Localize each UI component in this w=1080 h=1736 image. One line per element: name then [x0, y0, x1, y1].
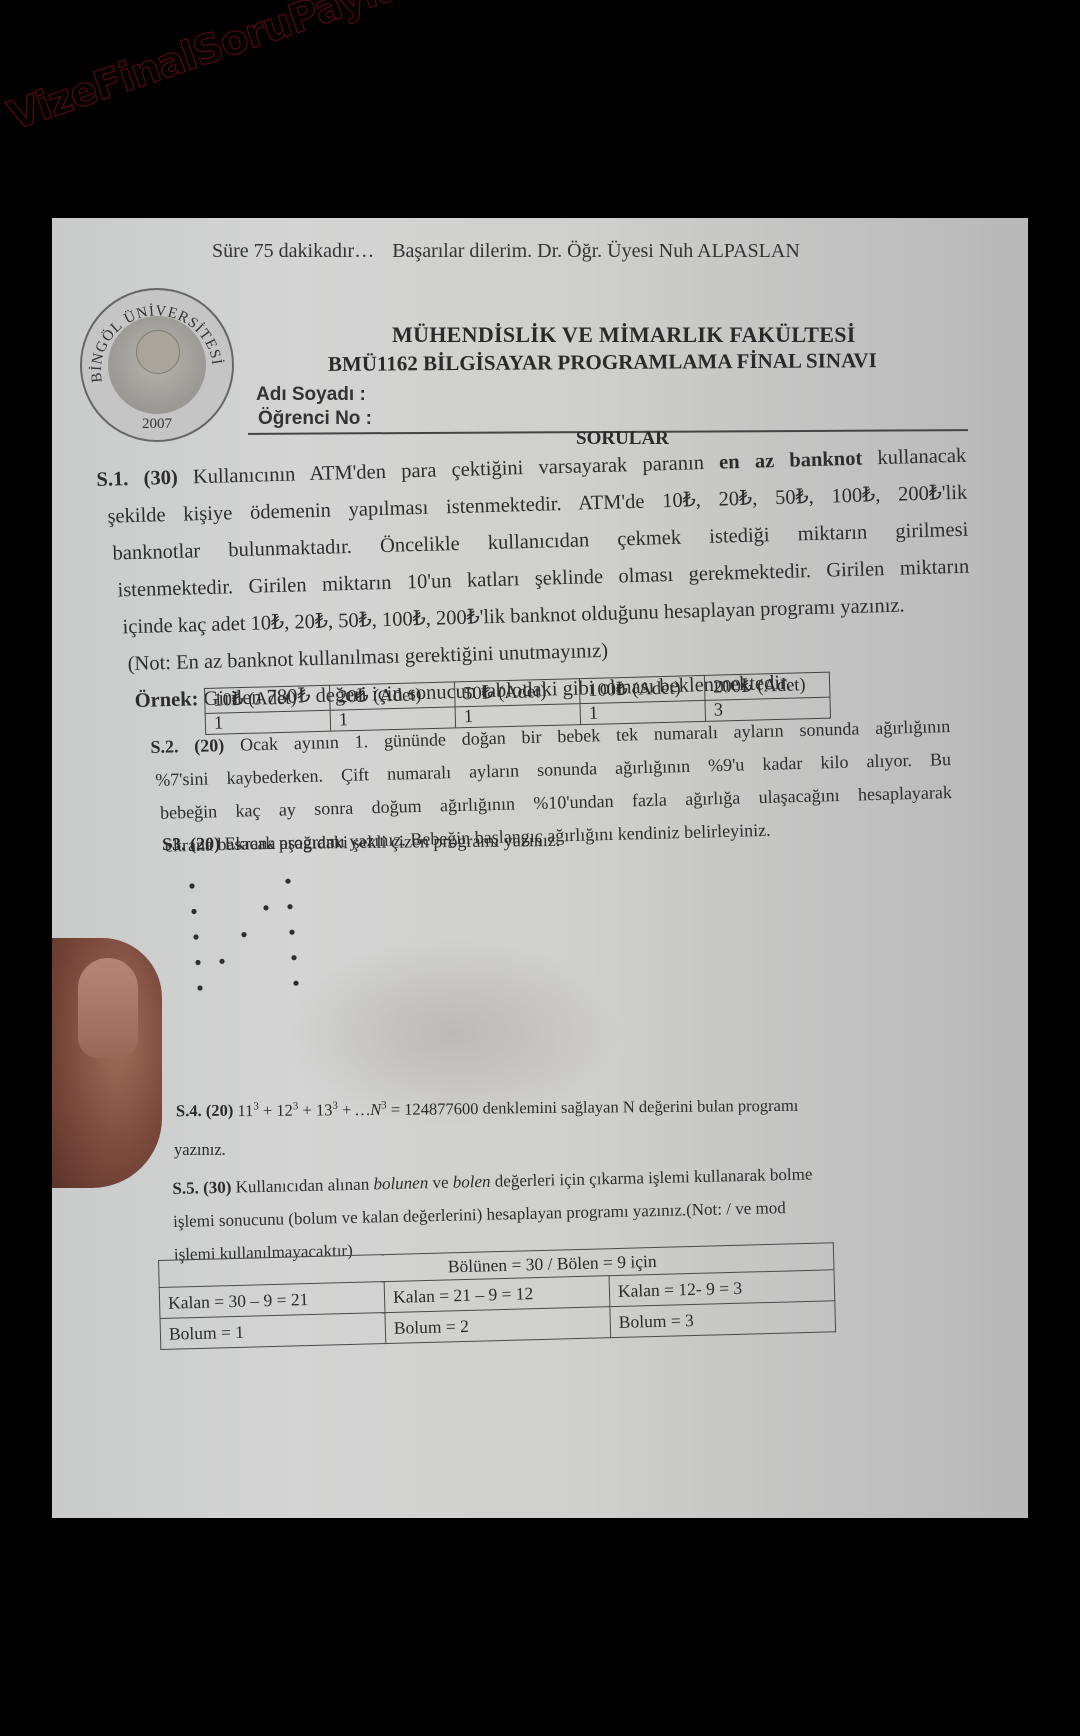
- q4-text: denklemini sağlayan N değerini bulan pro…: [483, 1096, 799, 1118]
- pattern-dot: [189, 883, 194, 888]
- pattern-dot: [263, 905, 268, 910]
- pattern-dot: [293, 981, 298, 986]
- table-cell: Bolum = 3: [610, 1301, 836, 1338]
- pattern-dot: [285, 879, 290, 884]
- pattern-dot: [197, 985, 202, 990]
- equation: 113 + 123 + 133 + …N3 = 124877600: [237, 1099, 482, 1120]
- pattern-dot: [291, 955, 296, 960]
- q4-label: S.4. (20): [176, 1101, 233, 1120]
- thumbnail: [78, 958, 138, 1058]
- table-cell: Bolum = 1: [160, 1313, 386, 1350]
- table-cell: Bolum = 2: [385, 1307, 611, 1344]
- division-table: Bölünen = 30 / Bölen = 9 için Kalan = 30…: [158, 1242, 836, 1350]
- exam-paper: Süre 75 dakikadır…Başarılar dilerim. Dr.…: [52, 218, 1028, 1518]
- pattern-dot: [193, 934, 198, 939]
- pattern-dot: [191, 909, 196, 914]
- pattern-dot: [287, 904, 292, 909]
- pattern-dot: [241, 932, 246, 937]
- thumb: [52, 938, 162, 1188]
- q4-continuation: yazınız.: [174, 1140, 226, 1160]
- pattern-dot: [219, 959, 224, 964]
- pattern-dot: [195, 960, 200, 965]
- q5-label: S.5. (30): [172, 1178, 231, 1198]
- pattern-dot: [289, 930, 294, 935]
- watermark: VizeFinalSoruPaylasimi.com: [3, 0, 491, 140]
